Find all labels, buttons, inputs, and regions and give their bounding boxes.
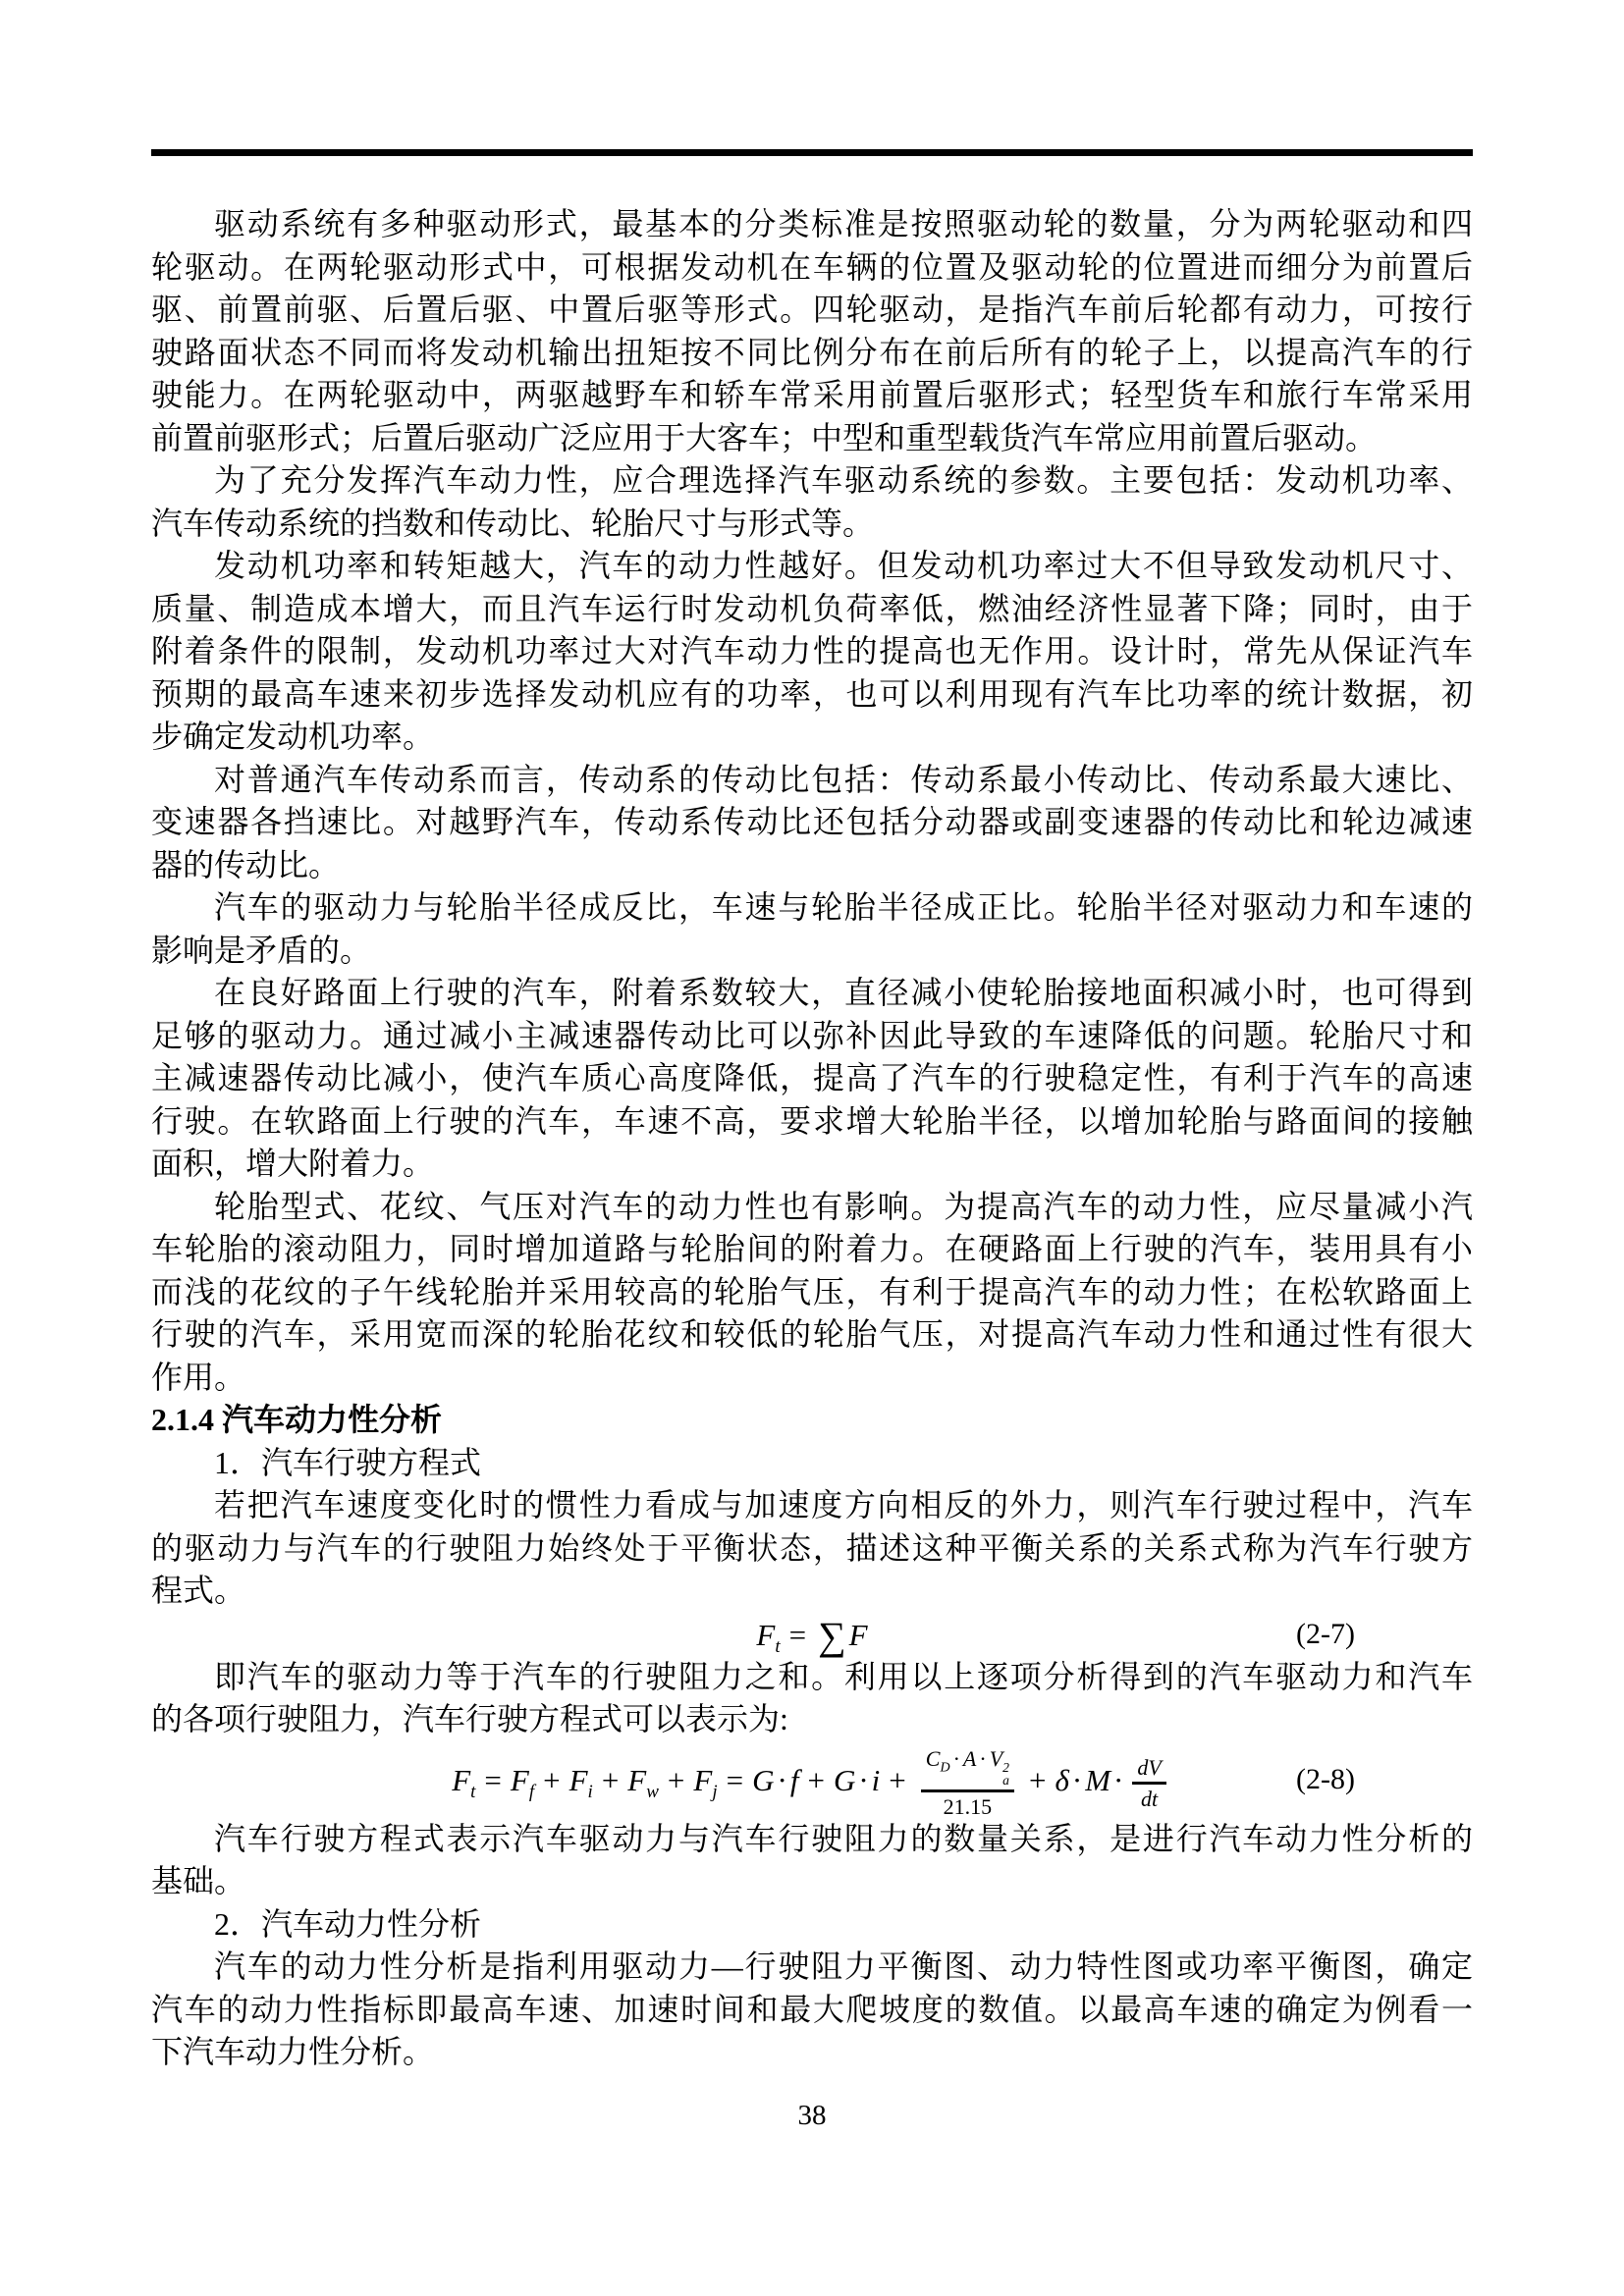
math-dot-operator: ·: [976, 1746, 989, 1771]
math-variable: V: [990, 1746, 1002, 1771]
fraction-denominator: dt: [1141, 1785, 1158, 1811]
math-variable: G: [752, 1763, 774, 1797]
math-subscript: t: [775, 1636, 780, 1657]
list-item-1: 1．汽车行驶方程式: [151, 1442, 1473, 1485]
equation-2-8: Ft=Ff+Fi+Fw+Fj=G·f+G·i+CD·A·V2a21.15+δ·M…: [151, 1741, 1473, 1818]
math-supsub-stack: 2a: [1002, 1762, 1009, 1788]
math-dot-operator: ·: [1069, 1763, 1085, 1797]
text-line: 对普通汽车传动系而言，传动系的传动比包括：传动系最小传动比、传动系最大速比、: [151, 759, 1473, 802]
text-line: 汽车传动系统的挡数和传动比、轮胎尺寸与形式等。: [151, 503, 1473, 546]
math-variable-delta: δ: [1055, 1763, 1068, 1797]
text-line: 轮驱动。在两轮驱动形式中，可根据发动机在车辆的位置及驱动轮的位置进而细分为前置后: [151, 246, 1473, 290]
math-operator: =: [781, 1618, 815, 1652]
text-line: 汽车的动力性分析是指利用驱动力—行驶阻力平衡图、动力特性图或功率平衡图，确定: [151, 1946, 1473, 1989]
text-line: 基础。: [151, 1860, 1473, 1903]
text-line: 行驶。在软路面上行驶的汽车，车速不高，要求增大轮胎半径，以增加轮胎与路面间的接触: [151, 1100, 1473, 1144]
text-line: 汽车的驱动力与轮胎半径成反比，车速与轮胎半径成正比。轮胎半径对驱动力和车速的: [151, 886, 1473, 930]
paragraph-drive-types: 驱动系统有多种驱动形式，最基本的分类标准是按照驱动轮的数量，分为两轮驱动和四 轮…: [151, 203, 1473, 459]
math-variable: C: [926, 1746, 941, 1771]
text-line: 汽车的动力性指标即最高车速、加速时间和最大爬坡度的数值。以最高车速的确定为例看一: [151, 1989, 1473, 2032]
math-variable: G: [834, 1763, 855, 1797]
paragraph-equation-meaning: 汽车行驶方程式表示汽车驱动力与汽车行驶阻力的数量关系，是进行汽车动力性分析的 基…: [151, 1818, 1473, 1903]
text-line: 程式。: [151, 1570, 1473, 1613]
text-line: 汽车行驶方程式表示汽车驱动力与汽车行驶阻力的数量关系，是进行汽车动力性分析的: [151, 1818, 1473, 1861]
paragraph-engine-power: 发动机功率和转矩越大，汽车的动力性越好。但发动机功率过大不但导致发动机尺寸、 质…: [151, 545, 1473, 759]
fraction-air-resistance: CD·A·V2a21.15: [921, 1746, 1014, 1819]
text-line: 的各项行驶阻力，汽车行驶方程式可以表示为:: [151, 1698, 1473, 1741]
text-line: 驱、前置前驱、后置后驱、中置后驱等形式。四轮驱动，是指汽车前后轮都有动力，可按行: [151, 289, 1473, 332]
text-line: 若把汽车速度变化时的惯性力看成与加速度方向相反的外力，则汽车行驶过程中，汽车: [151, 1484, 1473, 1527]
fraction-acceleration: dVdt: [1132, 1755, 1165, 1812]
section-heading: 2.1.4 汽车动力性分析: [151, 1399, 1473, 1442]
paragraph-parameters: 为了充分发挥汽车动力性，应合理选择汽车驱动系统的参数。主要包括：发动机功率、 汽…: [151, 459, 1473, 545]
page-content: 驱动系统有多种驱动形式，最基本的分类标准是按照驱动轮的数量，分为两轮驱动和四 轮…: [151, 203, 1473, 2074]
math-operator: +: [880, 1763, 914, 1797]
page-number: 38: [0, 2100, 1624, 2132]
fraction-numerator: CD·A·V2a: [921, 1746, 1014, 1792]
math-variable: F: [627, 1763, 646, 1797]
fraction-denominator: 21.15: [944, 1792, 993, 1819]
math-variable: F: [849, 1618, 868, 1652]
text-line: 驶路面状态不同而将发动机输出扭矩按不同比例分布在前后所有的轮子上，以提高汽车的行: [151, 332, 1473, 375]
paragraph-inertia-force: 若把汽车速度变化时的惯性力看成与加速度方向相反的外力，则汽车行驶过程中，汽车 的…: [151, 1484, 1473, 1613]
text-line: 预期的最高车速来初步选择发动机应有的功率，也可以利用现有汽车比功率的统计数据，初: [151, 673, 1473, 717]
text-line: 器的传动比。: [151, 844, 1473, 887]
math-operator: +: [1020, 1763, 1055, 1797]
text-line: 影响是矛盾的。: [151, 930, 1473, 973]
paragraph-road-surface: 在良好路面上行驶的汽车，附着系数较大，直径减小使轮胎接地面积减小时，也可得到 足…: [151, 972, 1473, 1186]
text-line: 下汽车动力性分析。: [151, 2031, 1473, 2074]
text-line: 质量、制造成本增大，而且汽车运行时发动机负荷率低，燃油经济性显著下降；同时，由于: [151, 588, 1473, 631]
header-rule: [151, 149, 1473, 156]
math-variable: F: [452, 1763, 470, 1797]
equation-2-8-body: Ft=Ff+Fi+Fw+Fj=G·f+G·i+CD·A·V2a21.15+δ·M…: [452, 1763, 1172, 1797]
equation-2-7-label: (2-7): [1296, 1620, 1355, 1649]
text-line: 在良好路面上行驶的汽车，附着系数较大，直径减小使轮胎接地面积减小时，也可得到: [151, 972, 1473, 1015]
math-operator: =: [475, 1763, 510, 1797]
paragraph-sum-of-resistances: 即汽车的驱动力等于汽车的行驶阻力之和。利用以上逐项分析得到的汽车驱动力和汽车 的…: [151, 1656, 1473, 1741]
math-variable: i: [872, 1763, 881, 1797]
summation-symbol: ∑: [815, 1614, 849, 1658]
math-operator: +: [798, 1763, 833, 1797]
paragraph-tire-radius: 汽车的驱动力与轮胎半径成反比，车速与轮胎半径成正比。轮胎半径对驱动力和车速的 影…: [151, 886, 1473, 972]
math-operator: +: [534, 1763, 568, 1797]
equation-2-7: Ft=∑F (2-7): [151, 1613, 1473, 1656]
math-variable: F: [693, 1763, 712, 1797]
paragraph-gear-ratios: 对普通汽车传动系而言，传动系的传动比包括：传动系最小传动比、传动系最大速比、 变…: [151, 759, 1473, 887]
text-line: 面积，增大附着力。: [151, 1143, 1473, 1186]
text-line: 步确定发动机功率。: [151, 716, 1473, 759]
text-line: 行驶的汽车，采用宽而深的轮胎花纹和较低的轮胎气压，对提高汽车动力性和通过性有很大: [151, 1313, 1473, 1357]
math-variable: F: [511, 1763, 529, 1797]
math-operator: +: [593, 1763, 627, 1797]
math-dot-operator: ·: [775, 1763, 790, 1797]
math-subscript: w: [646, 1782, 659, 1802]
math-dot-operator: ·: [855, 1763, 871, 1797]
text-line: 车轮胎的滚动阻力，同时增加道路与轮胎间的附着力。在硬路面上行驶的汽车，装用具有小: [151, 1228, 1473, 1271]
text-line: 附着条件的限制，发动机功率过大对汽车动力性的提高也无作用。设计时，常先从保证汽车: [151, 630, 1473, 673]
paragraph-tire-pattern: 轮胎型式、花纹、气压对汽车的动力性也有影响。为提高汽车的动力性，应尽量减小汽 车…: [151, 1186, 1473, 1400]
text-line: 足够的驱动力。通过减小主减速器传动比可以弥补因此导致的车速降低的问题。轮胎尺寸和: [151, 1015, 1473, 1058]
equation-2-8-label: (2-8): [1296, 1765, 1355, 1794]
text-line: 驶能力。在两轮驱动中，两驱越野车和轿车常采用前置后驱形式；轻型货车和旅行车常采用: [151, 374, 1473, 417]
paragraph-dynamic-analysis: 汽车的动力性分析是指利用驱动力—行驶阻力平衡图、动力特性图或功率平衡图，确定 汽…: [151, 1946, 1473, 2074]
math-variable: F: [569, 1763, 588, 1797]
list-item-2: 2．汽车动力性分析: [151, 1903, 1473, 1947]
text-line: 驱动系统有多种驱动形式，最基本的分类标准是按照驱动轮的数量，分为两轮驱动和四: [151, 203, 1473, 246]
text-line: 作用。: [151, 1357, 1473, 1400]
document-page: 驱动系统有多种驱动形式，最基本的分类标准是按照驱动轮的数量，分为两轮驱动和四 轮…: [0, 0, 1624, 2296]
math-operator: +: [659, 1763, 693, 1797]
math-variable: A: [963, 1746, 976, 1771]
math-variable: M: [1085, 1763, 1110, 1797]
text-line: 轮胎型式、花纹、气压对汽车的动力性也有影响。为提高汽车的动力性，应尽量减小汽: [151, 1186, 1473, 1229]
text-line: 即汽车的驱动力等于汽车的行驶阻力之和。利用以上逐项分析得到的汽车驱动力和汽车: [151, 1656, 1473, 1699]
equation-2-7-body: Ft=∑F: [756, 1618, 867, 1652]
text-line: 而浅的花纹的子午线轮胎并采用较高的轮胎气压，有利于提高汽车的动力性；在松软路面上: [151, 1271, 1473, 1314]
math-subscript: D: [940, 1761, 949, 1776]
text-line: 发动机功率和转矩越大，汽车的动力性越好。但发动机功率过大不但导致发动机尺寸、: [151, 545, 1473, 588]
text-line: 前置前驱形式；后置后驱动广泛应用于大客车；中型和重型载货汽车常应用前置后驱动。: [151, 417, 1473, 460]
text-line: 的驱动力与汽车的行驶阻力始终处于平衡状态，描述这种平衡关系的关系式称为汽车行驶方: [151, 1527, 1473, 1571]
math-variable: F: [756, 1618, 775, 1652]
text-line: 变速器各挡速比。对越野汽车，传动系传动比还包括分动器或副变速器的传动比和轮边减速: [151, 801, 1473, 844]
math-operator: =: [718, 1763, 752, 1797]
math-dot-operator: ·: [1110, 1763, 1126, 1797]
fraction-numerator: dV: [1132, 1755, 1165, 1785]
text-line: 主减速器传动比减小，使汽车质心高度降低，提高了汽车的行驶稳定性，有利于汽车的高速: [151, 1057, 1473, 1100]
math-dot-operator: ·: [950, 1746, 963, 1771]
math-subscript: j: [712, 1782, 717, 1802]
math-subscript: a: [1002, 1775, 1009, 1788]
text-line: 为了充分发挥汽车动力性，应合理选择汽车驱动系统的参数。主要包括：发动机功率、: [151, 459, 1473, 503]
